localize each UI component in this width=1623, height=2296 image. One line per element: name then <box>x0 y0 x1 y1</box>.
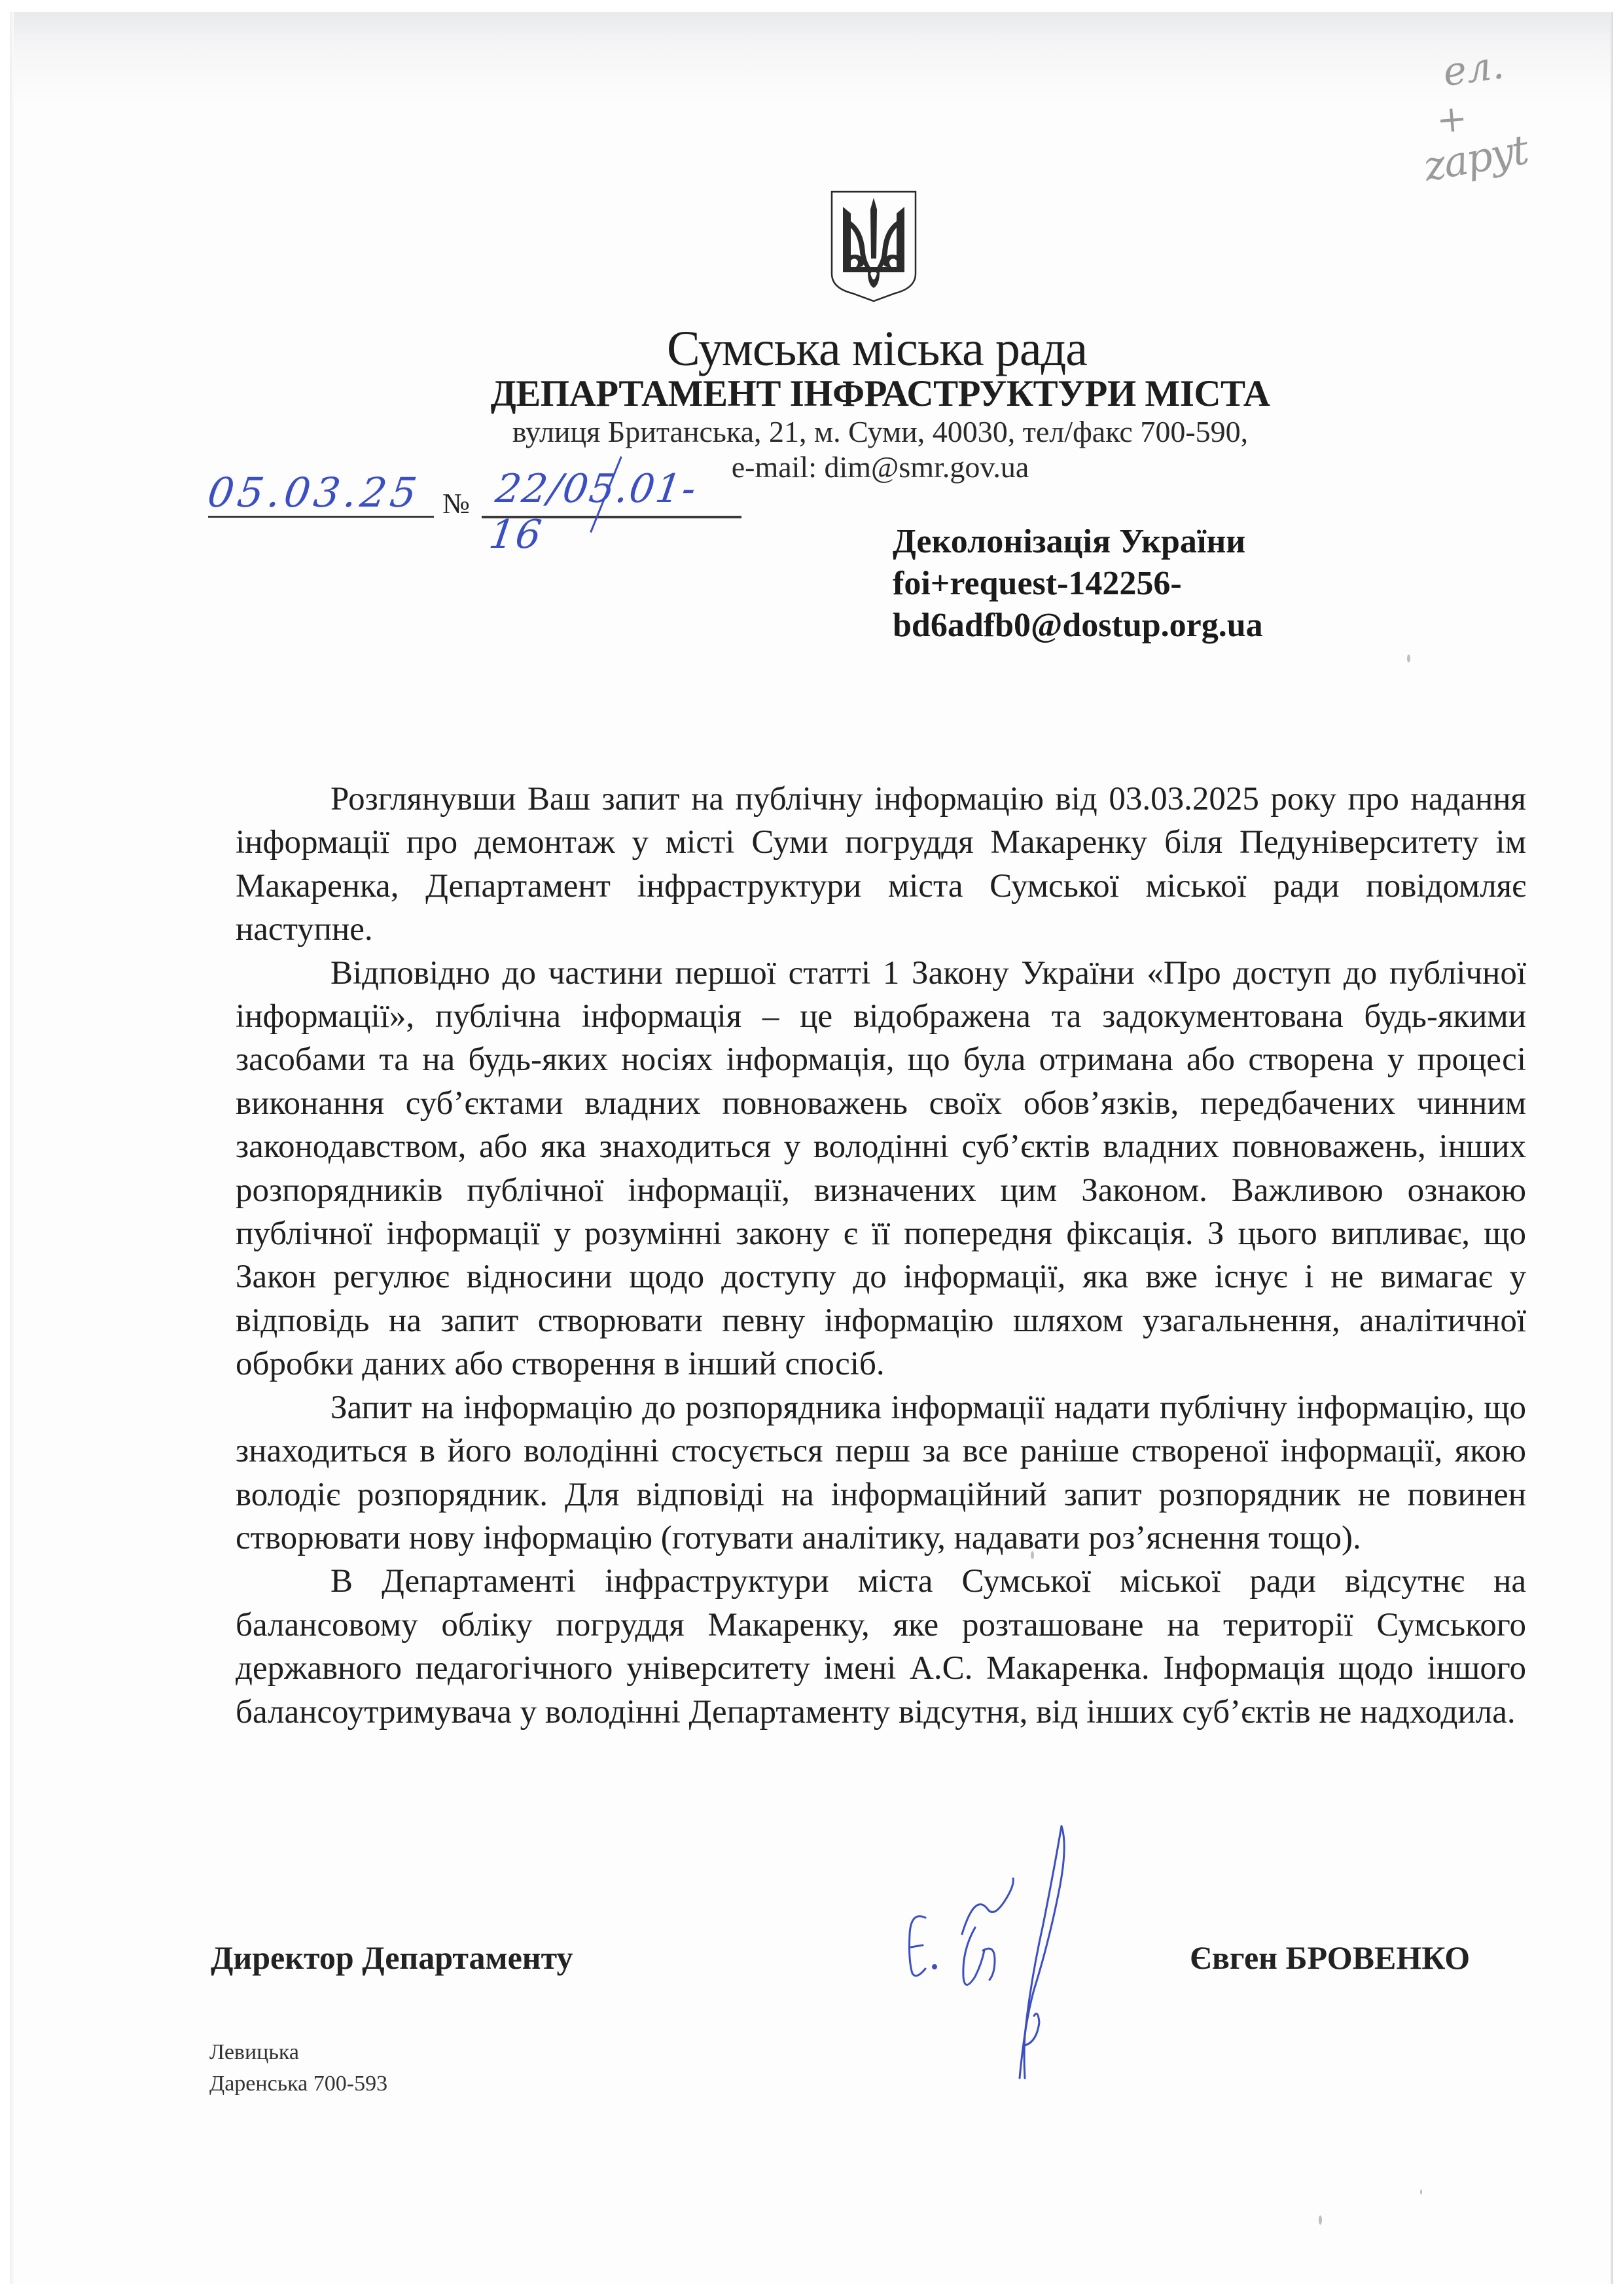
executor-1: Левицька <box>209 2037 387 2068</box>
date-underline <box>208 516 434 518</box>
recipient-email-line2: bd6adfb0@dostup.org.ua <box>893 605 1263 647</box>
handwritten-note-line1: ел. <box>1440 42 1507 96</box>
signatory-name: Євген БРОВЕНКО <box>1190 1939 1470 1977</box>
department-address: вулиця Британська, 21, м. Суми, 40030, т… <box>0 414 1623 450</box>
body-paragraph: В Департаменті інфраструктури міста Сумс… <box>236 1560 1526 1734</box>
recipient-block: Деколонізація України foi+request-142256… <box>893 521 1263 647</box>
council-name: Сумська міська рада <box>0 319 1623 378</box>
registration-line: 05.03.25 № 22/05.01-16 <box>208 473 745 518</box>
number-underline <box>482 516 741 518</box>
scan-speck <box>1420 2189 1422 2195</box>
handwritten-note: ел. + zapyt <box>1430 46 1522 209</box>
handwritten-note-line3: zapyt <box>1420 126 1531 191</box>
executors-block: Левицька Даренська 700-593 <box>209 2037 387 2100</box>
recipient-name: Деколонізація України <box>893 521 1263 563</box>
scan-speck <box>1319 2215 1322 2225</box>
body-paragraph: Відповідно до частини першої статті 1 За… <box>236 952 1526 1386</box>
recipient-email-line1: foi+request-142256- <box>893 563 1263 605</box>
number-label: № <box>442 487 470 520</box>
scan-speck <box>1407 655 1410 662</box>
coat-of-arms-icon <box>830 190 918 302</box>
body-paragraph: Розглянувши Ваш запит на публічну інформ… <box>236 778 1526 952</box>
signatory-title: Директор Департаменту <box>211 1939 573 1977</box>
registration-number: 22/05.01-16 <box>486 466 751 558</box>
scan-speck <box>347 1358 351 1370</box>
executor-2: Даренська 700-593 <box>209 2068 387 2100</box>
scan-speck <box>1031 1551 1034 1559</box>
handwritten-signature-icon <box>897 1820 1171 2081</box>
department-name: ДЕПАРТАМЕНТ ІНФРАСТРУКТУРИ МІСТА <box>0 371 1623 417</box>
registration-date: 05.03.25 <box>205 469 423 516</box>
body-paragraph: Запит на інформацію до розпорядника інфо… <box>236 1386 1526 1560</box>
letter-body: Розглянувши Ваш запит на публічну інформ… <box>236 778 1526 1734</box>
